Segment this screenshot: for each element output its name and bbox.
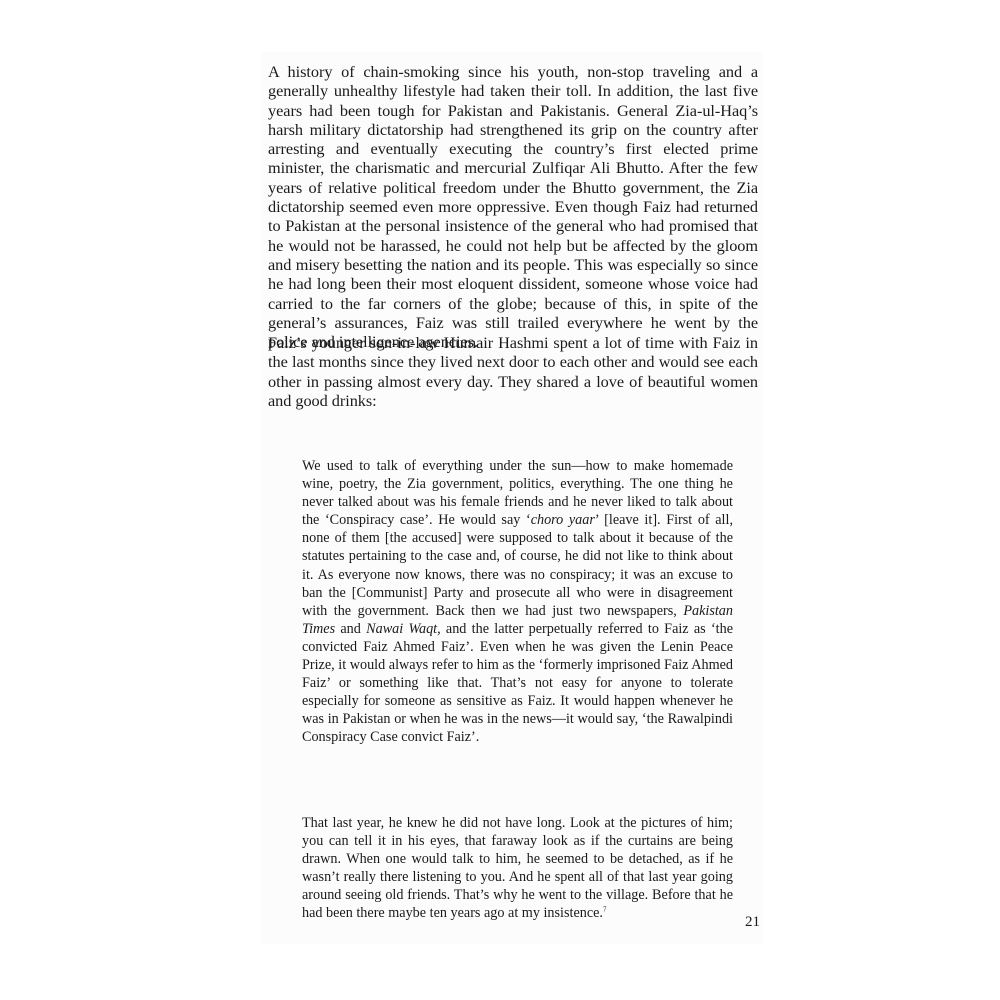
paragraph-humair-hashmi: Faiz’s younger son-in-law Humair Hashmi … <box>268 333 758 410</box>
italic-newspaper-nawai-waqt: Nawai Waqt <box>366 621 437 637</box>
quote-text: and <box>335 621 366 637</box>
quote-text: That last year, he knew he did not have … <box>302 815 733 921</box>
book-page: A history of chain-smoking since his you… <box>262 52 762 944</box>
quote-paragraph-last-year: That last year, he knew he did not have … <box>302 814 733 923</box>
quote-paragraph-conspiracy: We used to talk of everything under the … <box>302 457 733 747</box>
footnote-marker[interactable]: 7 <box>603 906 607 914</box>
paragraph-chain-smoking: A history of chain-smoking since his you… <box>268 62 758 351</box>
quote-text: , and the latter perpetually referred to… <box>302 621 733 746</box>
page-number: 21 <box>745 914 760 931</box>
italic-phrase-choro-yaar: choro yaar <box>531 512 595 528</box>
